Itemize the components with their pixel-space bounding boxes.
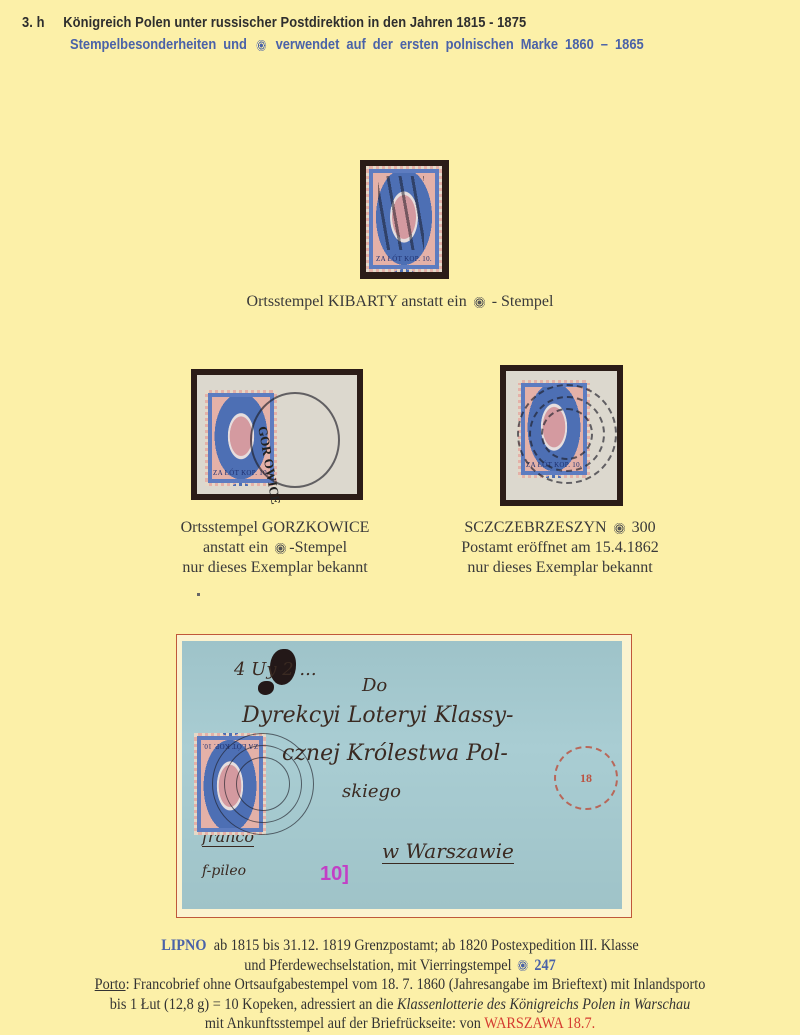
- description-text: LIPNOab 1815 bis 31.12. 1819 Grenzpostam…: [0, 936, 800, 1034]
- cancel-marks: [378, 176, 424, 250]
- ink-blot: [258, 681, 274, 695]
- ring-cancel-icon: [474, 297, 485, 308]
- cover-letter: 4 Uy 2 ... Do Dyrekcyi Loteryi Klassy- c…: [182, 641, 622, 909]
- caption-szczebrzeszyn: SCZCZEBRZESZYN 300 Postamt eröffnet am 1…: [430, 518, 690, 578]
- caption-gorzkowice: Ortsstempel GORZKOWICE anstatt ein -Stem…: [150, 518, 400, 578]
- red-postmark: 18: [554, 746, 618, 810]
- page-heading: 3. hKönigreich Polen unter russischer Po…: [22, 14, 526, 31]
- ring-postmark: [236, 757, 290, 811]
- dust-speck: [197, 593, 200, 596]
- ring-cancel-icon: [257, 40, 266, 51]
- place-name: LIPNO: [161, 937, 206, 954]
- ring-cancel-icon: [518, 960, 528, 971]
- ring-cancel-icon: [614, 523, 625, 534]
- caption-kibarty: Ortsstempel KIBARTY anstatt ein - Stempe…: [200, 292, 600, 312]
- purple-mark: 10]: [320, 863, 349, 886]
- ring-postmark: [541, 408, 593, 460]
- heading-title: Königreich Polen unter russischer Postdi…: [63, 14, 526, 31]
- page-subheading: Stempelbesonderheiten und verwendet auf …: [70, 36, 644, 53]
- section-number: 3. h: [22, 14, 63, 31]
- ring-cancel-icon: [275, 543, 286, 554]
